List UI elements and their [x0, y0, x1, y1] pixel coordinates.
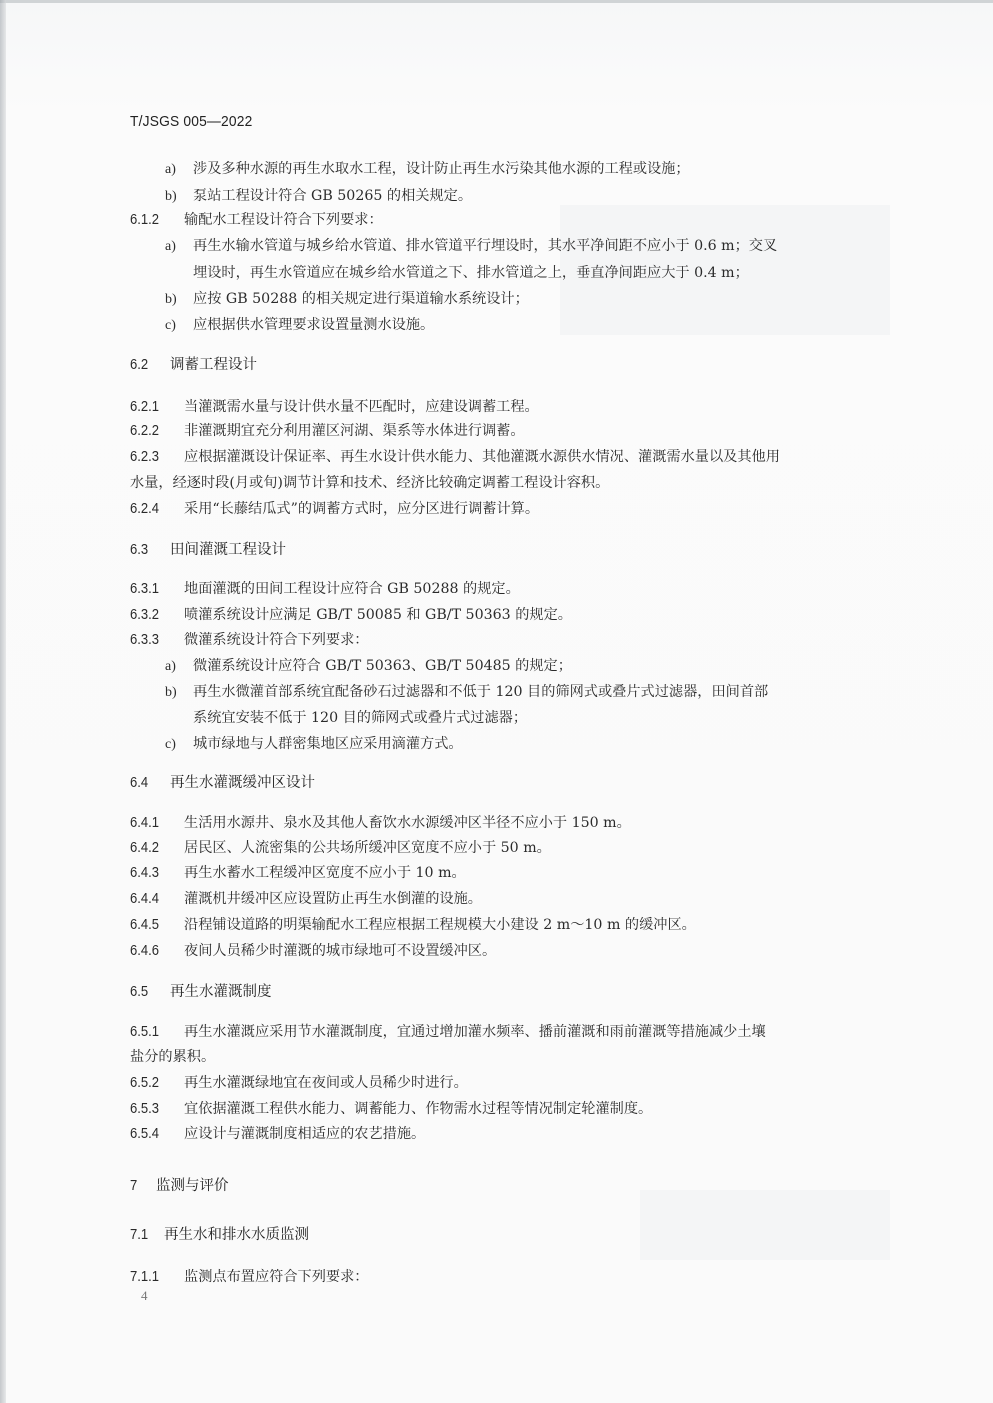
item-label: b): [165, 187, 193, 207]
chapter-number: 7: [130, 1176, 153, 1196]
clause-6-4-4: 6.4.4灌溉机井缓冲区应设置防止再生水倒灌的设施。: [130, 889, 482, 909]
clause-text: 夜间人员稀少时灌溉的城市绿地可不设置缓冲区。: [184, 943, 496, 959]
clause-text: 再生水蓄水工程缓冲区宽度不应小于 10 m。: [184, 865, 466, 881]
clause-6-3-3: 6.3.3微灌系统设计符合下列要求：: [130, 630, 368, 650]
clause-6-5-2: 6.5.2再生水灌溉绿地宜在夜间或人员稀少时进行。: [130, 1073, 468, 1093]
item-text: 城市绿地与人群密集地区应采用滴灌方式。: [193, 736, 463, 752]
item-label: b): [165, 290, 193, 310]
list-item: c)城市绿地与人群密集地区应采用滴灌方式。: [165, 734, 463, 755]
clause-text: 当灌溉需水量与设计供水量不匹配时，应建设调蓄工程。: [184, 399, 539, 415]
item-label: c): [165, 316, 193, 336]
item-text: 微灌系统设计应符合 GB/T 50363、GB/T 50485 的规定；: [193, 658, 572, 674]
clause-text: 灌溉机井缓冲区应设置防止再生水倒灌的设施。: [184, 891, 482, 907]
clause-text: 输配水工程设计符合下列要求：: [184, 212, 383, 228]
clause-continuation: 水量，经逐时段(月或旬)调节计算和技术、经济比较确定调蓄工程设计容积。: [130, 473, 609, 493]
list-item-continuation: 系统宜安装不低于 120 目的筛网式或叠片式过滤器；: [193, 708, 527, 728]
clause-text: 沿程铺设道路的明渠输配水工程应根据工程规模大小建设 2 m～10 m 的缓冲区。: [184, 917, 696, 933]
clause-number: 6.4.2: [130, 838, 179, 858]
clause-text: 再生水灌溉绿地宜在夜间或人员稀少时进行。: [184, 1075, 468, 1091]
item-text: 应按 GB 50288 的相关规定进行渠道输水系统设计；: [193, 291, 529, 307]
clause-text: 再生水灌溉应采用节水灌溉制度，宜通过增加灌水频率、播前灌溉和雨前灌溉等措施减少土…: [184, 1024, 766, 1040]
list-item: a)微灌系统设计应符合 GB/T 50363、GB/T 50485 的规定；: [165, 656, 572, 677]
clause-6-4-6: 6.4.6夜间人员稀少时灌溉的城市绿地可不设置缓冲区。: [130, 941, 496, 961]
clause-6-5-4: 6.5.4应设计与灌溉制度相适应的农艺措施。: [130, 1124, 425, 1144]
section-heading-6-3: 6.3田间灌溉工程设计: [130, 540, 286, 560]
clause-6-2-4: 6.2.4采用“长藤结瓜式”的调蓄方式时，应分区进行调蓄计算。: [130, 499, 539, 519]
clause-number: 6.1.2: [130, 210, 179, 230]
clause-number: 6.5.1: [130, 1022, 179, 1042]
section-title: 再生水灌溉制度: [170, 984, 272, 1000]
section-number: 6.5: [130, 982, 166, 1002]
clause-6-4-3: 6.4.3再生水蓄水工程缓冲区宽度不应小于 10 m。: [130, 863, 466, 883]
section-title: 再生水灌溉缓冲区设计: [170, 775, 315, 791]
section-number: 6.4: [130, 773, 166, 793]
list-item: b)再生水微灌首部系统宜配备砂石过滤器和不低于 120 目的筛网式或叠片式过滤器…: [165, 682, 768, 703]
item-label: a): [165, 237, 193, 257]
clause-number: 6.4.4: [130, 889, 179, 909]
clause-number: 6.5.4: [130, 1124, 179, 1144]
page-number: 4: [141, 1288, 148, 1304]
list-item: c)应根据供水管理要求设置量测水设施。: [165, 315, 434, 336]
scan-top-edge: [0, 0, 993, 3]
item-label: c): [165, 735, 193, 755]
clause-6-5-3: 6.5.3宜依据灌溉工程供水能力、调蓄能力、作物需水过程等情况制定轮灌制度。: [130, 1099, 652, 1119]
clause-6-4-1: 6.4.1生活用水源井、泉水及其他人畜饮水水源缓冲区半径不应小于 150 m。: [130, 813, 631, 833]
item-label: a): [165, 160, 193, 180]
clause-6-2-3: 6.2.3应根据灌溉设计保证率、再生水设计供水能力、其他灌溉水源供水情况、灌溉需…: [130, 447, 780, 467]
clause-number: 6.4.5: [130, 915, 179, 935]
list-item-continuation: 埋设时，再生水管道应在城乡给水管道之下、排水管道之上，垂直净间距应大于 0.4 …: [193, 263, 749, 283]
list-item: a)再生水输水管道与城乡给水管道、排水管道平行埋设时，其水平净间距不应小于 0.…: [165, 236, 777, 257]
clause-number: 6.4.6: [130, 941, 179, 961]
clause-text: 生活用水源井、泉水及其他人畜饮水水源缓冲区半径不应小于 150 m。: [184, 815, 631, 831]
clause-text: 采用“长藤结瓜式”的调蓄方式时，应分区进行调蓄计算。: [184, 501, 539, 517]
item-label: a): [165, 657, 193, 677]
clause-number: 6.4.3: [130, 863, 179, 883]
clause-number: 6.5.2: [130, 1073, 179, 1093]
item-text: 应根据供水管理要求设置量测水设施。: [193, 317, 434, 333]
section-title: 再生水和排水水质监测: [164, 1227, 309, 1243]
section-title: 田间灌溉工程设计: [170, 542, 286, 558]
item-label: b): [165, 683, 193, 703]
clause-number: 6.3.3: [130, 630, 179, 650]
clause-text: 喷灌系统设计应满足 GB/T 50085 和 GB/T 50363 的规定。: [184, 607, 572, 623]
section-number: 6.3: [130, 540, 166, 560]
clause-6-2-1: 6.2.1当灌溉需水量与设计供水量不匹配时，应建设调蓄工程。: [130, 397, 539, 417]
clause-text: 监测点布置应符合下列要求：: [184, 1269, 368, 1285]
scan-left-edge: [0, 0, 6, 1403]
item-text: 涉及多种水源的再生水取水工程，设计防止再生水污染其他水源的工程或设施；: [193, 161, 690, 177]
clause-6-1-2: 6.1.2输配水工程设计符合下列要求：: [130, 210, 383, 230]
item-text: 泵站工程设计符合 GB 50265 的相关规定。: [193, 188, 472, 204]
clause-6-5-1: 6.5.1再生水灌溉应采用节水灌溉制度，宜通过增加灌水频率、播前灌溉和雨前灌溉等…: [130, 1022, 766, 1042]
list-item: b)应按 GB 50288 的相关规定进行渠道输水系统设计；: [165, 289, 529, 310]
section-title: 调蓄工程设计: [170, 357, 257, 373]
clause-number: 6.2.1: [130, 397, 179, 417]
clause-number: 6.3.2: [130, 605, 179, 625]
bleed-through-text: [640, 1190, 890, 1260]
item-text: 再生水输水管道与城乡给水管道、排水管道平行埋设时，其水平净间距不应小于 0.6 …: [193, 238, 777, 254]
section-number: 7.1: [130, 1225, 161, 1245]
clause-number: 6.4.1: [130, 813, 179, 833]
chapter-heading-7: 7监测与评价: [130, 1176, 229, 1196]
section-heading-6-5: 6.5再生水灌溉制度: [130, 982, 272, 1002]
clause-text: 非灌溉期宜充分利用灌区河湖、渠系等水体进行调蓄。: [184, 423, 525, 439]
clause-6-2-2: 6.2.2非灌溉期宜充分利用灌区河湖、渠系等水体进行调蓄。: [130, 421, 525, 441]
document-page: T/JSGS 005—2022 a)涉及多种水源的再生水取水工程，设计防止再生水…: [0, 0, 993, 1403]
section-number: 6.2: [130, 355, 166, 375]
section-heading-6-4: 6.4再生水灌溉缓冲区设计: [130, 773, 315, 793]
item-text: 再生水微灌首部系统宜配备砂石过滤器和不低于 120 目的筛网式或叠片式过滤器，田…: [193, 684, 768, 700]
clause-number: 7.1.1: [130, 1267, 179, 1287]
clause-6-3-2: 6.3.2喷灌系统设计应满足 GB/T 50085 和 GB/T 50363 的…: [130, 605, 572, 625]
clause-continuation: 盐分的累积。: [130, 1047, 215, 1067]
clause-6-4-5: 6.4.5沿程铺设道路的明渠输配水工程应根据工程规模大小建设 2 m～10 m …: [130, 915, 696, 935]
chapter-title: 监测与评价: [156, 1178, 229, 1194]
clause-number: 6.2.4: [130, 499, 179, 519]
clause-text: 地面灌溉的田间工程设计应符合 GB 50288 的规定。: [184, 581, 520, 597]
clause-text: 应根据灌溉设计保证率、再生水设计供水能力、其他灌溉水源供水情况、灌溉需水量以及其…: [184, 449, 780, 465]
section-heading-7-1: 7.1再生水和排水水质监测: [130, 1225, 309, 1245]
list-item: a)涉及多种水源的再生水取水工程，设计防止再生水污染其他水源的工程或设施；: [165, 159, 690, 180]
clause-text: 宜依据灌溉工程供水能力、调蓄能力、作物需水过程等情况制定轮灌制度。: [184, 1101, 652, 1117]
clause-number: 6.5.3: [130, 1099, 179, 1119]
clause-text: 应设计与灌溉制度相适应的农艺措施。: [184, 1126, 425, 1142]
clause-7-1-1: 7.1.1监测点布置应符合下列要求：: [130, 1267, 368, 1287]
clause-text: 居民区、人流密集的公共场所缓冲区宽度不应小于 50 m。: [184, 840, 551, 856]
document-code-header: T/JSGS 005—2022: [130, 113, 252, 130]
clause-number: 6.3.1: [130, 579, 179, 599]
clause-text: 微灌系统设计符合下列要求：: [184, 632, 368, 648]
clause-number: 6.2.3: [130, 447, 179, 467]
section-heading-6-2: 6.2调蓄工程设计: [130, 355, 257, 375]
list-item: b)泵站工程设计符合 GB 50265 的相关规定。: [165, 186, 472, 207]
clause-6-3-1: 6.3.1地面灌溉的田间工程设计应符合 GB 50288 的规定。: [130, 579, 520, 599]
clause-number: 6.2.2: [130, 421, 179, 441]
clause-6-4-2: 6.4.2居民区、人流密集的公共场所缓冲区宽度不应小于 50 m。: [130, 838, 551, 858]
